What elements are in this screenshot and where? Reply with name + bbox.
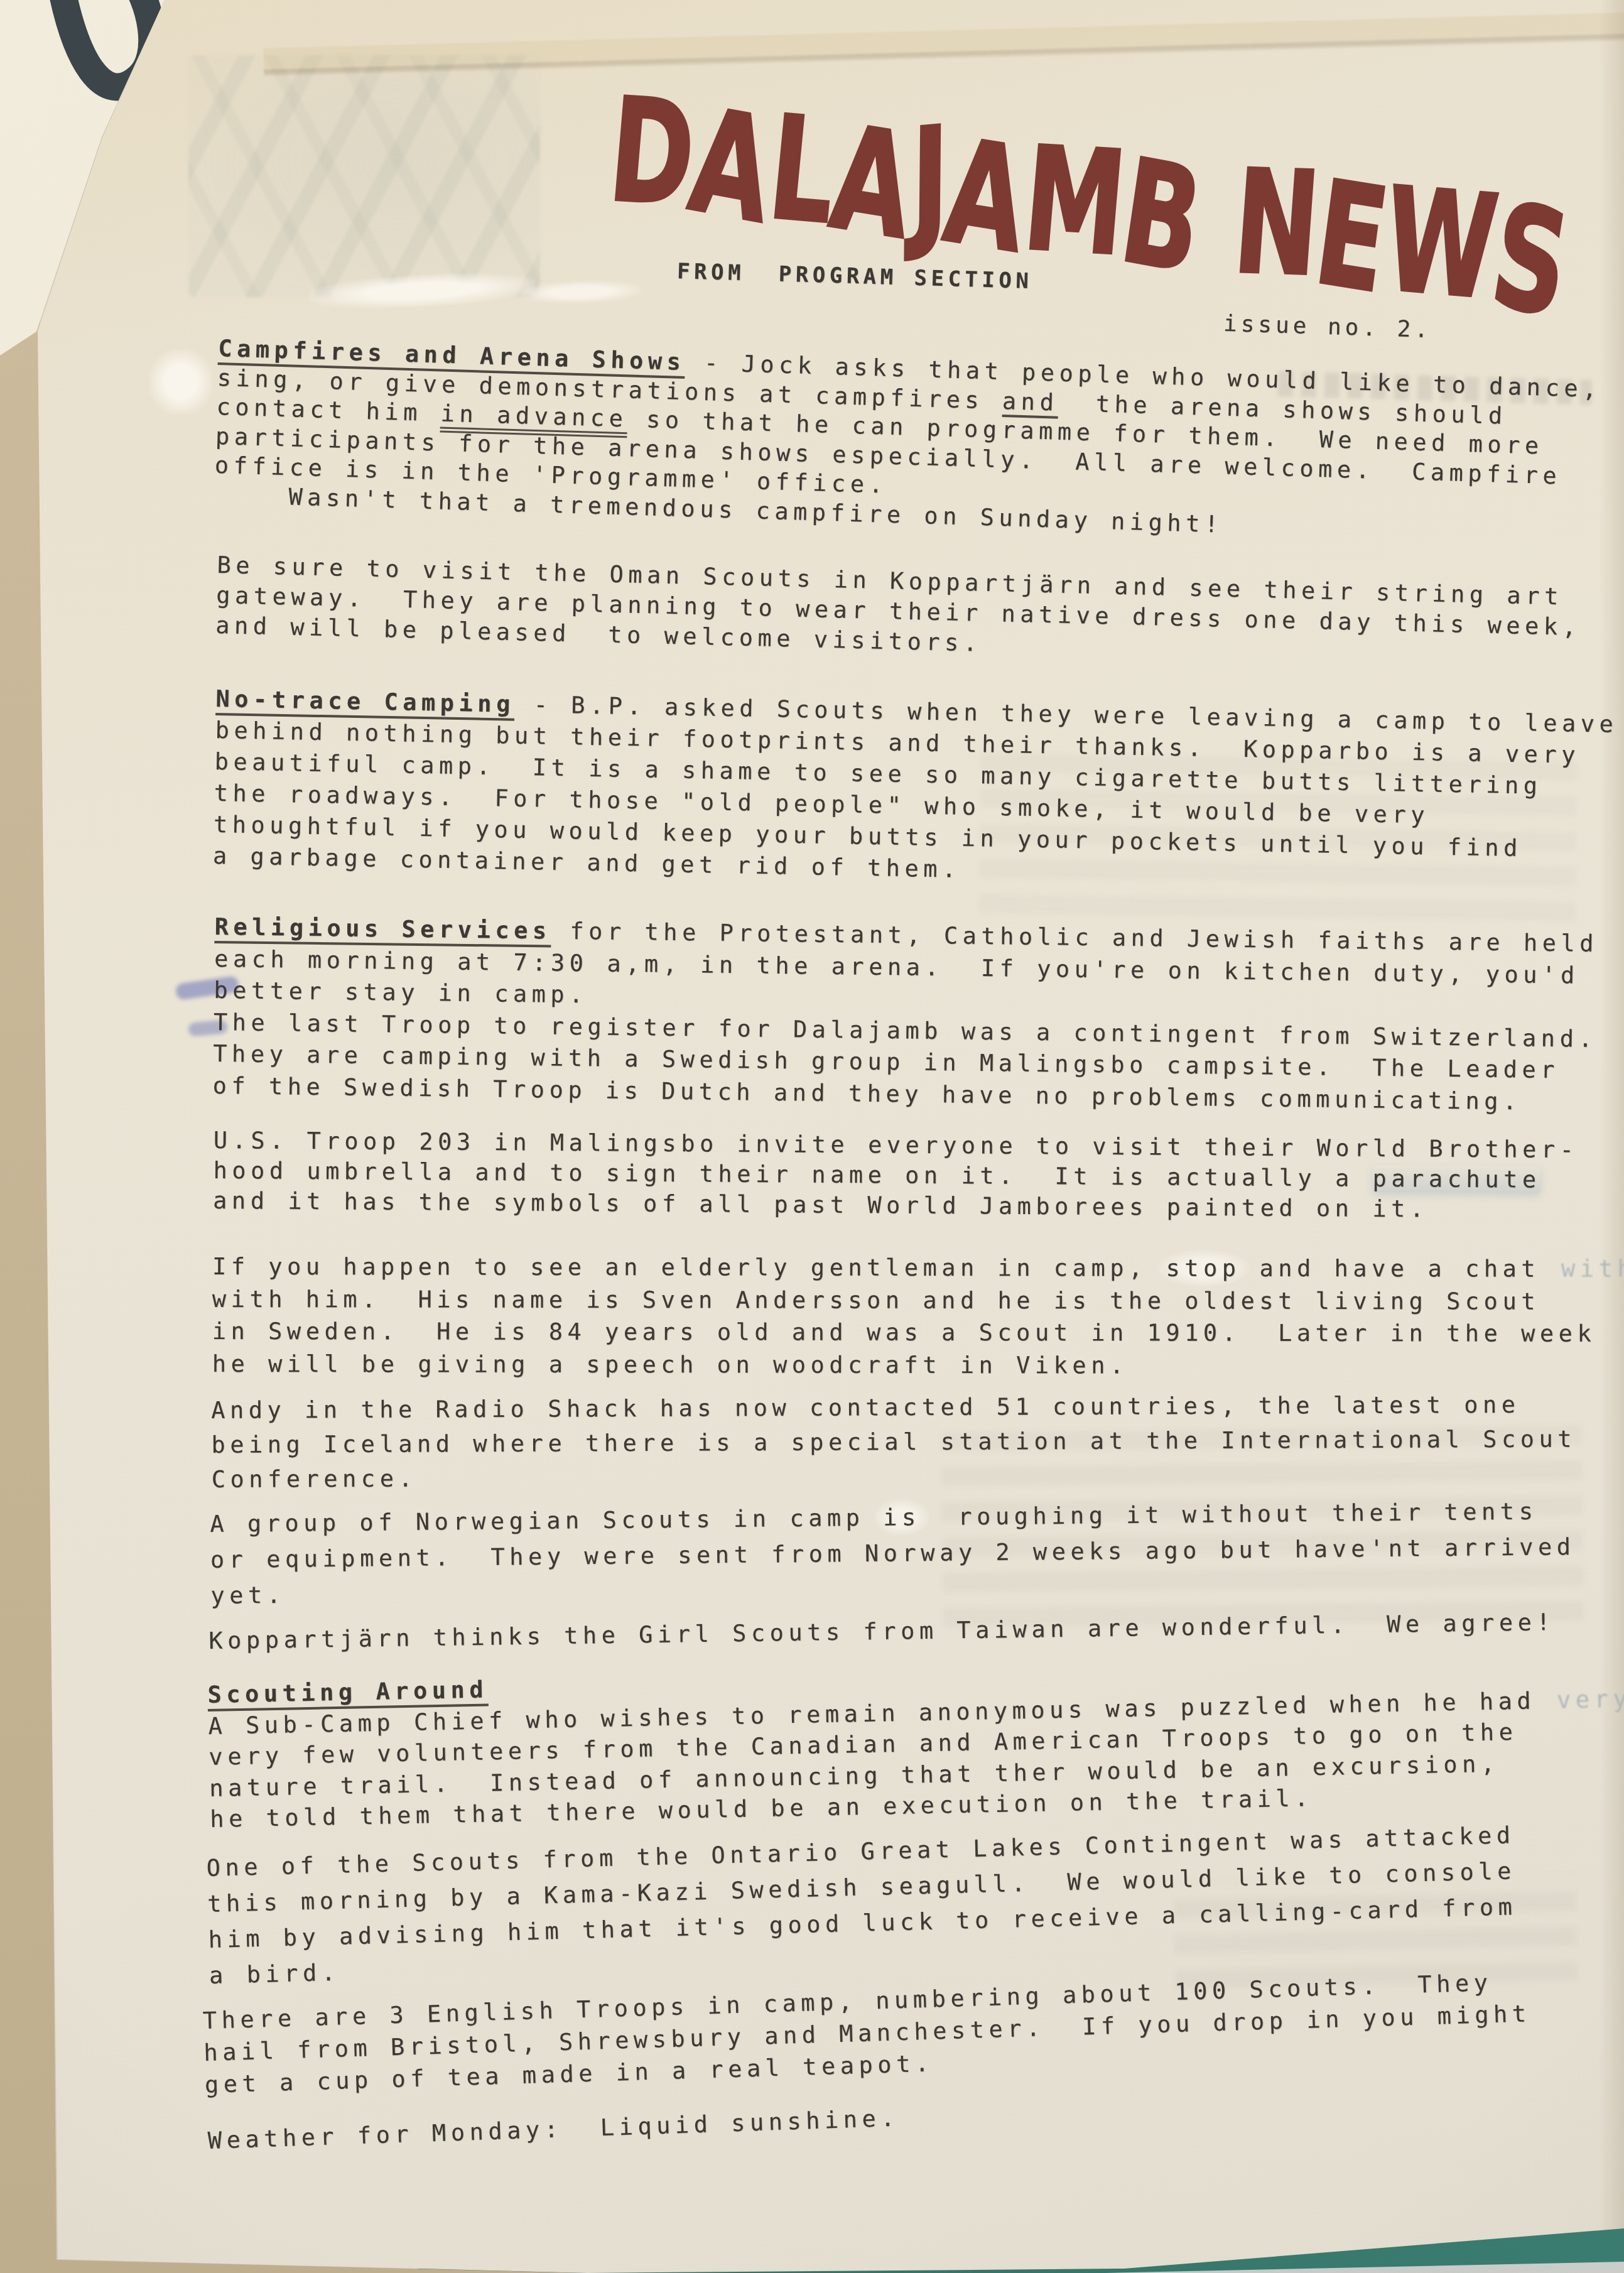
section-campfires: Campfires and Arena Shows - Jock asks th… bbox=[214, 334, 1602, 550]
text-line: Andy in the Radio Shack has now contacte… bbox=[211, 1387, 1576, 1428]
text: contact him bbox=[216, 393, 441, 427]
text: and have a chat bbox=[1241, 1255, 1540, 1283]
text: roughing it without their tents bbox=[921, 1498, 1538, 1531]
section-scouting-around: Scouting Around A Sub-Camp Chief who wis… bbox=[207, 1652, 1624, 1835]
text-line: with him. His name is Sven Andersson and… bbox=[212, 1283, 1624, 1318]
page-top-edge-shadow bbox=[263, 12, 1624, 95]
section-us-troop: U.S. Troop 203 in Malingsbo invite every… bbox=[213, 1126, 1579, 1225]
corrected-word: is bbox=[883, 1504, 921, 1531]
whiteout-streak bbox=[521, 279, 641, 305]
newsletter-page: DALAJAMB NEWS FROM PROGRAM SECTION issue… bbox=[0, 0, 1624, 2273]
section-oman-scouts: Be sure to visit the Oman Scouts in Kopp… bbox=[215, 550, 1582, 673]
page-right-shading bbox=[1599, 0, 1624, 2273]
bleed-through-text: very bbox=[1557, 1685, 1624, 1713]
bleed-through-text: with hi bbox=[1561, 1256, 1624, 1283]
smudged-word: parachute bbox=[1372, 1165, 1540, 1193]
text-line: Koppartjärn thinks the Girl Scouts from … bbox=[208, 1605, 1555, 1658]
text-line: he will be giving a speech on woodcraft … bbox=[212, 1347, 1624, 1382]
section-sven-andersson: If you happen to see an elderly gentlema… bbox=[212, 1250, 1624, 1382]
text-line: If you happen to see an elderly gentlema… bbox=[212, 1250, 1624, 1286]
text-line: being Iceland where there is a special s… bbox=[211, 1422, 1576, 1462]
text: A group of Norwegian Scouts in camp bbox=[210, 1504, 883, 1538]
section-radio-shack: Andy in the Radio Shack has now contacte… bbox=[211, 1387, 1576, 1497]
section-no-trace-camping: No-trace Camping - B.P. asked Scouts whe… bbox=[213, 683, 1624, 899]
section-norwegian-scouts: A group of Norwegian Scouts in camp is r… bbox=[210, 1493, 1576, 1614]
section-taiwan: Koppartjärn thinks the Girl Scouts from … bbox=[208, 1605, 1555, 1658]
text-line: in Sweden. He is 84 years old and was a … bbox=[212, 1315, 1624, 1350]
text-line: Conference. bbox=[211, 1457, 1576, 1497]
section-religious-services: Religious Services for the Protestant, C… bbox=[212, 911, 1598, 1119]
corrected-word: stop bbox=[1166, 1255, 1240, 1282]
underlined-word: and bbox=[1002, 388, 1059, 419]
whiteout-blob bbox=[149, 349, 212, 415]
section-weather: Weather for Monday: Liquid sunshine. bbox=[207, 2102, 900, 2156]
photo-of-newsletter: DALAJAMB NEWS FROM PROGRAM SECTION issue… bbox=[0, 0, 1624, 2273]
text: If you happen to see an elderly gentlema… bbox=[212, 1253, 1166, 1282]
masthead-title: DALAJAMB NEWS bbox=[603, 77, 1576, 323]
section-heading: Religious Services bbox=[214, 913, 551, 948]
text-line: Weather for Monday: Liquid sunshine. bbox=[207, 2102, 900, 2156]
